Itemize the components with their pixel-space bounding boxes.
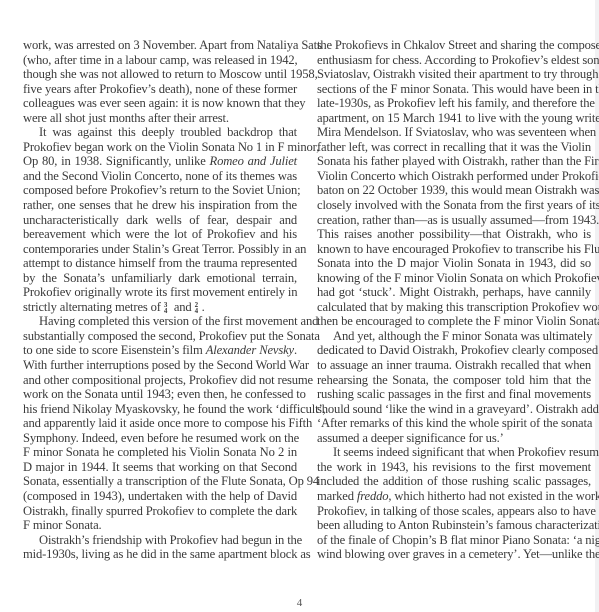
text-line: the work in 1943, his revisions to the f…	[317, 460, 591, 475]
italic-title: Alexander Nevsky	[206, 343, 294, 357]
text-line: included the addition of those rushing s…	[317, 474, 591, 489]
text-line: baton on 22 October 1939, this would mea…	[317, 183, 591, 198]
text-line: Prokofiev originally wrote its first mov…	[23, 285, 297, 300]
text-line: attempt to distance himself from the tra…	[23, 256, 297, 271]
text-line: marked freddo, which hitherto had not ex…	[317, 489, 591, 504]
text-line: work on the Sonata until 1943; even then…	[23, 387, 297, 402]
time-signature: 24	[195, 302, 202, 314]
text-line: closely involved with the Sonata from th…	[317, 198, 591, 213]
text-line: Sonata, essentially a transcription of t…	[23, 474, 297, 489]
time-signature: 34	[164, 302, 171, 314]
text-line: and other compositional projects, Prokof…	[23, 373, 297, 388]
text-line: had got ‘stuck’. Might Oistrakh, perhaps…	[317, 285, 591, 300]
text-line: Op 80, in 1938. Significantly, unlike Ro…	[23, 154, 297, 169]
text-line: rather, one senses that he drew his insp…	[23, 198, 297, 213]
text-line: wind blowing over graves in a cemetery’.…	[317, 547, 591, 562]
text-line: F minor Sonata.	[23, 518, 297, 533]
text-line: Symphony. Indeed, even before he resumed…	[23, 431, 297, 446]
text-line: bereavement which were the lot of Prokof…	[23, 227, 297, 242]
text-line: (composed in 1943), undertaken with the …	[23, 489, 297, 504]
text-line: Sonata his father played with Oistrakh, …	[317, 154, 591, 169]
text-line: work, was arrested on 3 November. Apart …	[23, 38, 297, 53]
text-line: were all shot just months after their ar…	[23, 111, 297, 126]
text-line: With further interruptions posed by the …	[23, 358, 297, 373]
text-line: sections of the F minor Sonata. This wou…	[317, 82, 591, 97]
text-line: been alluding to Anton Rubinstein’s famo…	[317, 518, 591, 533]
text-line: and apparently laid it aside once more t…	[23, 416, 297, 431]
text-line: substantially composed the second, Proko…	[23, 329, 297, 344]
text-line: Oistrakh’s friendship with Prokofiev had…	[23, 533, 297, 548]
text-line: Sviatoslav, Oistrakh visited their apart…	[317, 67, 591, 82]
text-line: then be encouraged to complete the F min…	[317, 314, 591, 329]
text-line: (who, after time in a labour camp, was r…	[23, 53, 297, 68]
text-line: and the Second Violin Concerto, none of …	[23, 169, 297, 184]
text-line: calculated that by making this transcrip…	[317, 300, 591, 315]
text-line: creation, rather than—as is usually assu…	[317, 213, 591, 228]
text-line: to one side to score Eisenstein’s film A…	[23, 343, 297, 358]
text-line: Prokofiev began work on the Violin Sonat…	[23, 140, 297, 155]
text-line: dedicated to David Oistrakh, Prokofiev c…	[317, 343, 591, 358]
text-line: rushing scalic passages in the first and…	[317, 387, 591, 402]
text-line: five years after Prokofiev’s death), non…	[23, 82, 297, 97]
text-line: enthusiasm for chess. According to Proko…	[317, 53, 591, 68]
text-line: late-1930s, as Prokofiev left his family…	[317, 96, 591, 111]
left-text-column: work, was arrested on 3 November. Apart …	[23, 38, 297, 562]
text-line: apartment, on 15 March 1941 to live with…	[317, 111, 591, 126]
text-line: F minor Sonata he completed his Violin S…	[23, 445, 297, 460]
text-line: Sonata into the D major Violin Sonata in…	[317, 256, 591, 271]
text-line: assumed a deeper significance for us.’	[317, 431, 591, 446]
italic-title: freddo	[357, 489, 389, 503]
text-line: It seems indeed significant that when Pr…	[317, 445, 591, 460]
text-line: Oistrakh, finally spurred Prokofiev to c…	[23, 504, 297, 519]
text-line: contemporaries under Stalin’s Great Terr…	[23, 242, 297, 257]
text-line: knowing of the F minor Violin Sonata on …	[317, 271, 591, 286]
text-line: by the Sonata’s unfamiliarly dark emotio…	[23, 271, 297, 286]
text-line: strictly alternating metres of 34 and 24…	[23, 300, 297, 315]
italic-title: Romeo and Juliet	[210, 154, 297, 168]
text-line: ‘After remarks of this kind the whole sp…	[317, 416, 591, 431]
text-line: This raises another possibility—that Ois…	[317, 227, 591, 242]
text-line: Violin Concerto which Oistrakh performed…	[317, 169, 591, 184]
text-line: D major in 1944. It seems that working o…	[23, 460, 297, 475]
text-line: rehearsing the Sonata, the composer told…	[317, 373, 591, 388]
text-line: his friend Nikolay Myaskovsky, he found …	[23, 402, 297, 417]
text-line: should sound ‘like the wind in a graveya…	[317, 402, 591, 417]
text-line: known to have encouraged Prokofiev to tr…	[317, 242, 591, 257]
text-line: And yet, although the F minor Sonata was…	[317, 329, 591, 344]
text-line: Mira Mendelson. If Sviatoslav, who was s…	[317, 125, 591, 140]
text-line: the Prokofievs in Chkalov Street and sha…	[317, 38, 591, 53]
text-line: of the finale of Chopin’s B flat minor P…	[317, 533, 591, 548]
text-line: father left, was correct in recalling th…	[317, 140, 591, 155]
right-text-column: the Prokofievs in Chkalov Street and sha…	[317, 38, 591, 562]
text-line: colleagues was ever seen again: it is no…	[23, 96, 297, 111]
page-number: 4	[0, 597, 599, 609]
text-line: It was against this deeply troubled back…	[23, 125, 297, 140]
text-line: to assuage an inner trauma. Oistrakh rec…	[317, 358, 591, 373]
text-line: uncharacteristically dark wells of fear,…	[23, 213, 297, 228]
text-line: though she was not allowed to return to …	[23, 67, 297, 82]
text-line: Prokofiev, in talking of those scales, a…	[317, 504, 591, 519]
text-line: Having completed this version of the fir…	[23, 314, 297, 329]
text-line: mid-1930s, living as he did in the same …	[23, 547, 297, 562]
text-line: composed before Prokofiev’s return to th…	[23, 183, 297, 198]
